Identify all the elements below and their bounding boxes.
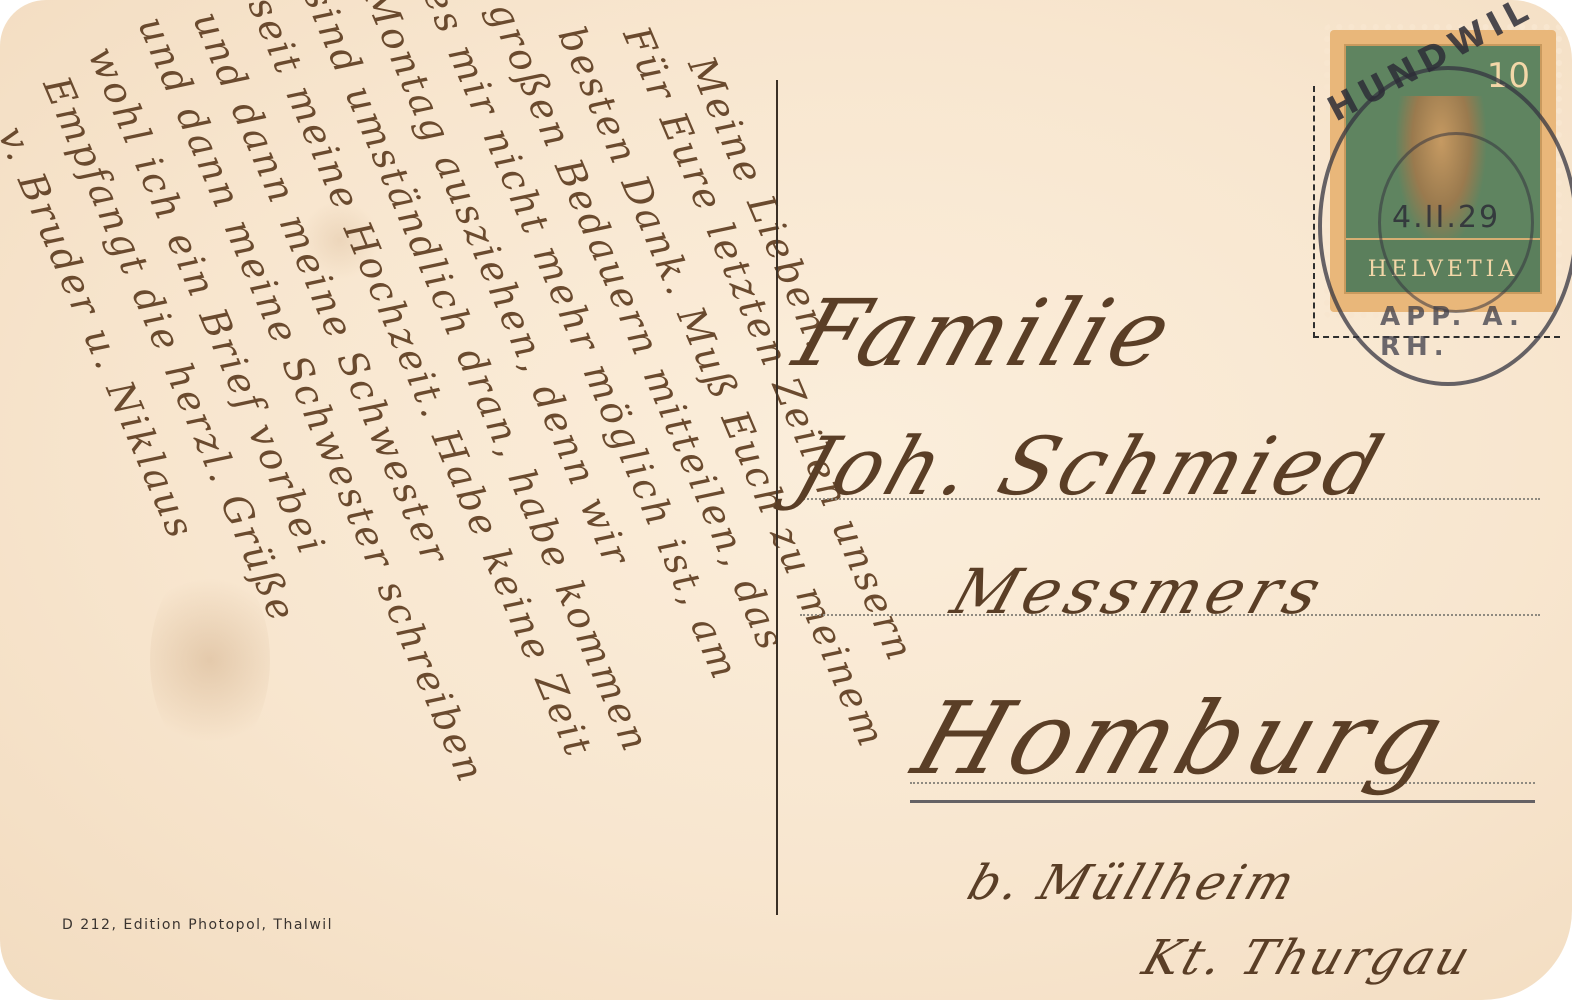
address-line-locality: b. Müllheim — [961, 855, 1304, 911]
address-line-canton: Kt. Thurgau — [1136, 930, 1480, 986]
address-line-house: Messmers — [943, 555, 1335, 628]
address-underline — [910, 800, 1535, 803]
publisher-imprint: D 212, Edition Photopol, Thalwil — [62, 917, 333, 933]
address-line-recipient: Familie — [783, 280, 1188, 387]
postcard-back: Meine Lieben. Für Eure letzten Zeilen un… — [0, 0, 1572, 1000]
address-line-name: Joh. Schmied — [785, 420, 1397, 513]
address-line-town: Homburg — [901, 680, 1464, 797]
postmark-date: 4.II.29 — [1392, 200, 1500, 235]
message-area: Meine Lieben. Für Eure letzten Zeilen un… — [0, 0, 770, 1000]
postmark-region: APP. A. RH. — [1380, 302, 1572, 362]
center-divider — [776, 80, 778, 915]
